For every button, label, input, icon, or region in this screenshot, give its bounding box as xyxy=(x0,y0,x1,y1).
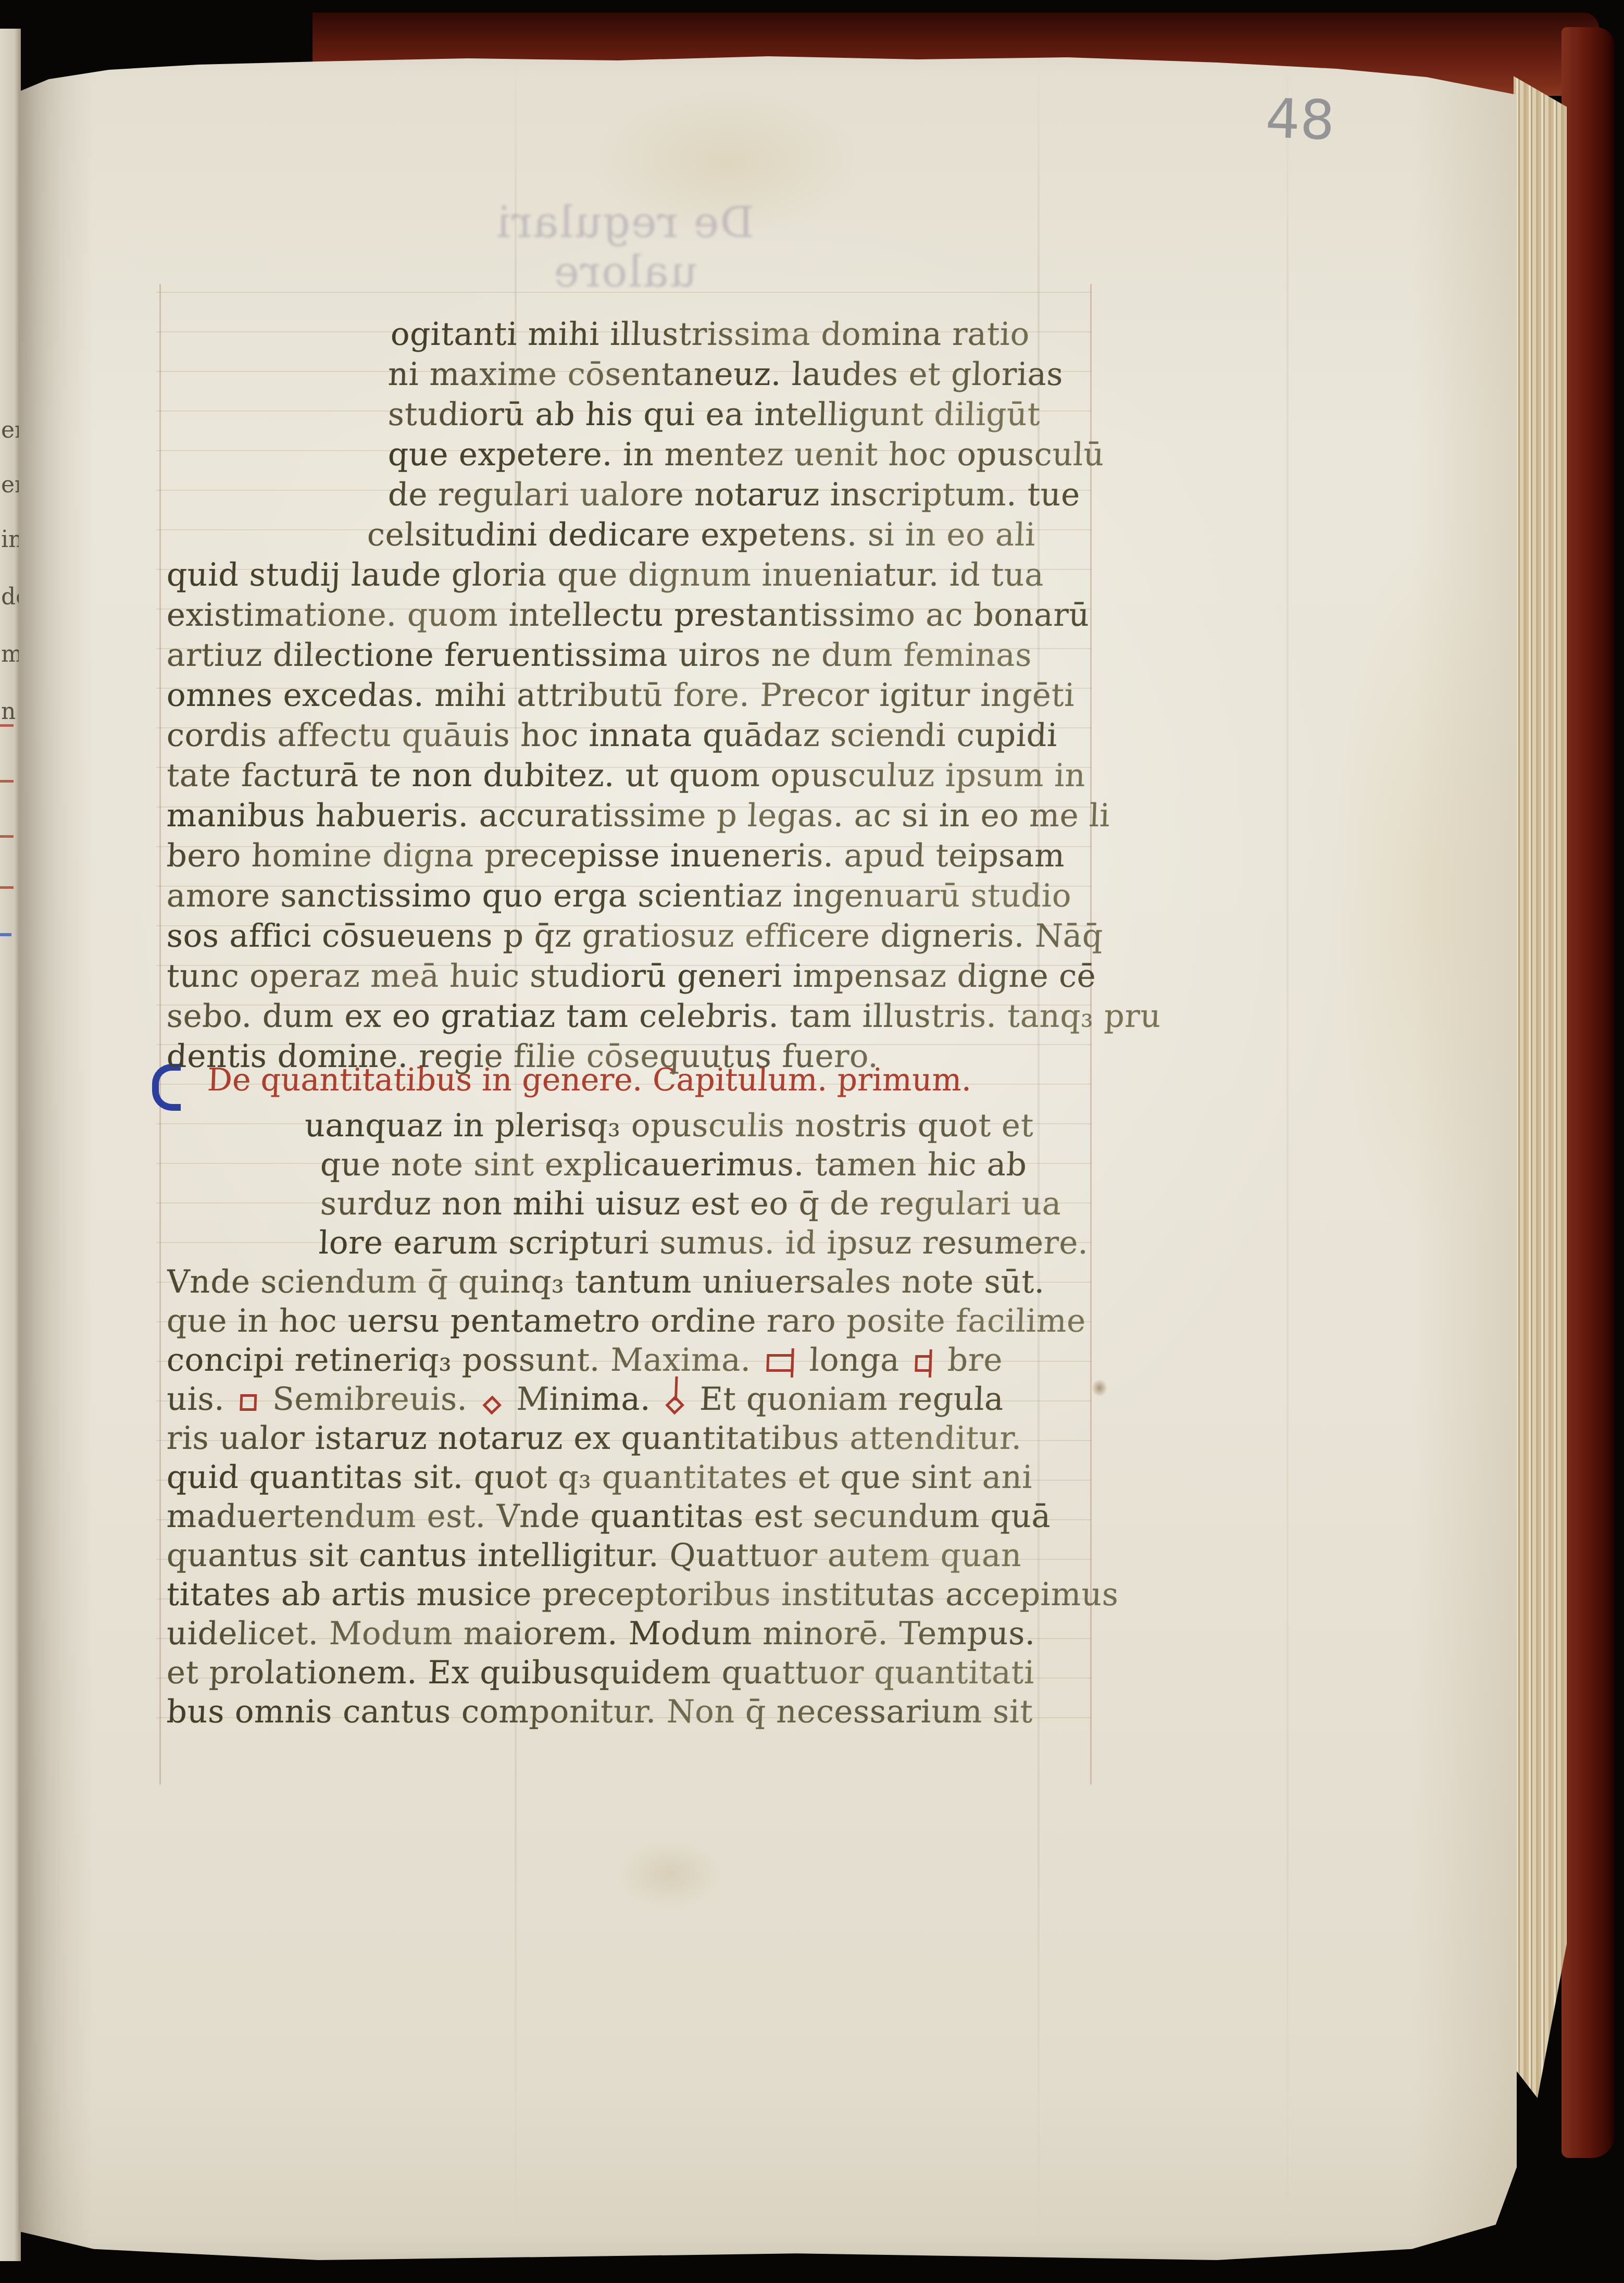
text-line: de regulari ualore notaruz inscriptum. t… xyxy=(388,476,1081,514)
mensural-note-brev-icon xyxy=(240,1394,257,1411)
text-line: Vnde sciendum q̄ quinq₃ tantum uniuersal… xyxy=(166,1263,1046,1301)
facing-page-fragment: n xyxy=(1,698,16,725)
page-edge-stack xyxy=(1514,76,1567,2129)
text-line: ris ualor istaruz notaruz ex quantitatib… xyxy=(166,1420,1023,1457)
text-line: que in hoc uersu pentametro ordine raro … xyxy=(166,1302,1086,1340)
text-line: ogitanti mihi illustrissima domina ratio xyxy=(390,316,1030,353)
facing-page-red-rule xyxy=(0,886,14,889)
bleedthrough-title: De regulari ualore xyxy=(427,198,823,297)
text-line: omnes excedas. mihi attributū fore. Prec… xyxy=(166,677,1076,714)
text-line: manibus habueris. accuratissime p legas.… xyxy=(166,797,1111,835)
text-line: concipi retineriq₃ possunt. Maxima. long… xyxy=(166,1342,1003,1379)
text-line: tunc operaz meā huic studiorū generi imp… xyxy=(166,958,1097,995)
text-line: tate facturā te non dubitez. ut quom opu… xyxy=(166,757,1086,795)
mensural-note-long-icon xyxy=(915,1355,932,1372)
text-line: existimatione. quom intellectu prestanti… xyxy=(166,597,1090,634)
text-line: studiorū ab his qui ea intelligunt dilig… xyxy=(388,396,1041,433)
facing-page-red-rule xyxy=(0,780,14,783)
facing-page-sliver: enerindemèn xyxy=(0,29,21,2261)
ruling-vertical-left xyxy=(159,284,161,1784)
text-line: surduz non mihi uisuz est eo q̄ de regul… xyxy=(320,1185,1062,1223)
text-line: ni maxime cōsentaneuz. laudes et glorias xyxy=(388,356,1064,393)
text-line: uidelicet. Modum maiorem. Modum minorē. … xyxy=(166,1615,1036,1653)
mensural-note-min-icon xyxy=(666,1396,684,1414)
text-line: artiuz dilectione feruentissima uiros ne… xyxy=(166,637,1033,674)
text-line: celsitudini dedicare expetens. si in eo … xyxy=(367,516,1036,554)
facing-page-blue-rule xyxy=(0,933,11,936)
text-line: dentis domine. regie filie cōsequutus fu… xyxy=(166,1038,879,1075)
text-line: titates ab artis musice preceptoribus in… xyxy=(166,1576,1119,1614)
text-line: quid quantitas sit. quot q₃ quantitates … xyxy=(166,1459,1033,1496)
ink-speck xyxy=(1092,1379,1107,1397)
text-line: cordis affectu quāuis hoc innata quādaz … xyxy=(166,717,1058,754)
facing-page-red-rule xyxy=(0,724,14,727)
parchment-crease xyxy=(1286,48,1289,2260)
text-line: que note sint explicauerimus. tamen hic … xyxy=(320,1146,1028,1184)
manuscript-photo: { "page": { "folio_number": "48", "bleed… xyxy=(0,0,1624,2283)
text-line: que expetere. in mentez uenit hoc opuscu… xyxy=(388,436,1105,474)
mensural-note-max-icon xyxy=(766,1354,794,1372)
text-line: sos affici cōsueuens p q̄z gratiosuz eff… xyxy=(166,917,1104,955)
text-line: bero homine digna precepisse inueneris. … xyxy=(166,837,1066,875)
parchment-stain xyxy=(618,1840,722,1908)
facing-page-red-rule xyxy=(0,835,14,838)
text-line: amore sanctissimo quo erga scientiaz ing… xyxy=(166,877,1072,915)
text-line: bus omnis cantus componitur. Non q̄ nece… xyxy=(166,1693,1034,1731)
text-line: quid studij laude gloria que dignum inue… xyxy=(166,556,1045,594)
text-line: uanquaz in plerisq₃ opusculis nostris qu… xyxy=(304,1107,1034,1145)
text-line: uis. Semibreuis. Minima. Et quoniam regu… xyxy=(166,1381,1005,1418)
text-line: maduertendum est. Vnde quantitas est sec… xyxy=(166,1498,1052,1535)
mensural-note-semi-icon xyxy=(483,1396,501,1414)
text-line: lore earum scripturi sumus. id ipsuz res… xyxy=(318,1224,1089,1262)
folio-number: 48 xyxy=(1265,86,1336,153)
text-line: et prolationem. Ex quibusquidem quattuor… xyxy=(166,1654,1035,1692)
parchment-stain xyxy=(1331,543,1519,1246)
text-line: quantus sit cantus intelligitur. Quattuo… xyxy=(166,1537,1022,1574)
text-line: sebo. dum ex eo gratiaz tam celebris. ta… xyxy=(166,998,1161,1035)
leather-binding-right xyxy=(1561,27,1615,2158)
